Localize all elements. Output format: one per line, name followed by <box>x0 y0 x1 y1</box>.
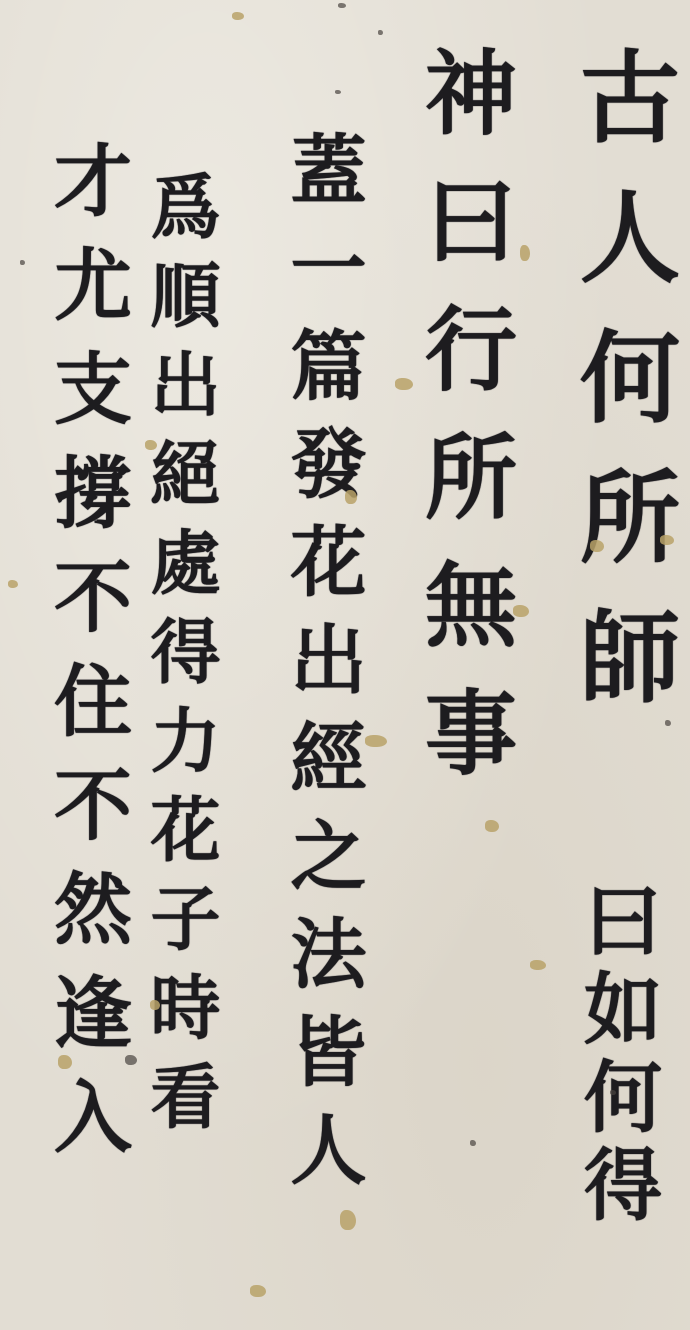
gold-fleck <box>58 1055 72 1069</box>
gold-fleck <box>8 580 18 588</box>
gold-fleck <box>590 540 604 552</box>
gold-fleck <box>520 245 530 261</box>
gold-fleck <box>513 605 529 617</box>
gold-fleck <box>365 735 387 747</box>
gold-fleck <box>485 820 499 832</box>
calligraphy-column-1: 古人何所師 <box>572 45 672 745</box>
gold-fleck <box>340 1210 356 1230</box>
gold-fleck <box>345 490 357 504</box>
calligraphy-column-5: 才尤支撐不住不然逢入 <box>47 140 125 1180</box>
gold-fleck <box>232 12 244 20</box>
dark-fleck <box>378 30 383 35</box>
dark-fleck <box>335 90 341 94</box>
calligraphy-column-3: 蓋一篇發花出經之法皆人 <box>284 130 360 1208</box>
dark-fleck <box>470 1140 476 1146</box>
gold-fleck <box>395 378 413 390</box>
dark-fleck <box>338 3 346 8</box>
dark-fleck <box>125 1055 137 1065</box>
gold-fleck <box>660 535 674 545</box>
gold-fleck <box>150 1000 160 1010</box>
gold-fleck <box>250 1285 266 1297</box>
dark-fleck <box>665 720 671 726</box>
calligraphy-column-1-continuation: 曰如何得 <box>577 880 655 1232</box>
gold-fleck <box>145 440 157 450</box>
dark-fleck <box>610 1090 616 1095</box>
gold-fleck <box>530 960 546 970</box>
dark-fleck <box>20 260 25 265</box>
calligraphy-column-2: 神曰行所無事 <box>418 45 510 813</box>
